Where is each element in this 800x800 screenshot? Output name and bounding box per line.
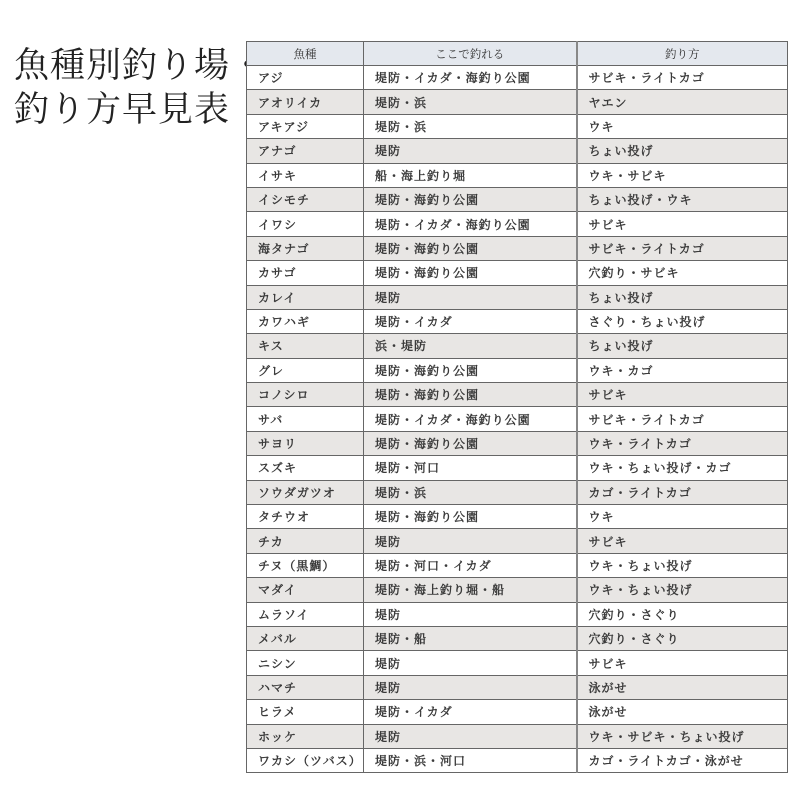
cell-fishing-method: ウキ xyxy=(577,505,788,529)
cell-fish-species: チカ xyxy=(247,529,364,553)
cell-fishing-spot: 堤防・イカダ・海釣り公園 xyxy=(364,66,577,90)
cell-fishing-method: ウキ・カゴ xyxy=(577,358,788,382)
table-row: ホッケ堤防ウキ・サビキ・ちょい投げ xyxy=(247,724,788,748)
cell-fish-species: マダイ xyxy=(247,578,364,602)
cell-fishing-spot: 堤防・河口 xyxy=(364,456,577,480)
cell-fishing-method: カゴ・ライトカゴ xyxy=(577,480,788,504)
cell-fishing-spot: 堤防・海釣り公園 xyxy=(364,187,577,211)
cell-fishing-spot: 堤防・船 xyxy=(364,626,577,650)
table-row: ワカシ（ツバス）堤防・浜・河口カゴ・ライトカゴ・泳がせ xyxy=(247,748,788,772)
fish-guide-table: 魚種 ここで釣れる 釣り方 アジ堤防・イカダ・海釣り公園サビキ・ライトカゴアオリ… xyxy=(246,41,788,773)
table-row: チヌ（黒鯛）堤防・河口・イカダウキ・ちょい投げ xyxy=(247,553,788,577)
cell-fishing-method: ウキ xyxy=(577,114,788,138)
table-row: ムラソイ堤防穴釣り・さぐり xyxy=(247,602,788,626)
cell-fishing-method: ちょい投げ xyxy=(577,285,788,309)
cell-fishing-spot: 堤防・海釣り公園 xyxy=(364,358,577,382)
table-row: アオリイカ堤防・浜ヤエン xyxy=(247,90,788,114)
cell-fishing-method: ウキ・サビキ xyxy=(577,163,788,187)
cell-fish-species: スズキ xyxy=(247,456,364,480)
cell-fishing-spot: 堤防・イカダ・海釣り公園 xyxy=(364,407,577,431)
cell-fish-species: ムラソイ xyxy=(247,602,364,626)
cell-fish-species: ワカシ（ツバス） xyxy=(247,748,364,772)
cell-fishing-spot: 堤防 xyxy=(364,724,577,748)
cell-fishing-method: ちょい投げ・ウキ xyxy=(577,187,788,211)
cell-fish-species: アジ xyxy=(247,66,364,90)
table-row: カレイ堤防ちょい投げ xyxy=(247,285,788,309)
cell-fishing-method: さぐり・ちょい投げ xyxy=(577,309,788,333)
table-row: サバ堤防・イカダ・海釣り公園サビキ・ライトカゴ xyxy=(247,407,788,431)
cell-fish-species: ハマチ xyxy=(247,675,364,699)
cell-fishing-method: ウキ・ライトカゴ xyxy=(577,431,788,455)
cell-fish-species: グレ xyxy=(247,358,364,382)
cell-fishing-spot: 浜・堤防 xyxy=(364,334,577,358)
cell-fishing-method: サビキ・ライトカゴ xyxy=(577,66,788,90)
cell-fish-species: コノシロ xyxy=(247,383,364,407)
cell-fishing-method: 穴釣り・さぐり xyxy=(577,626,788,650)
cell-fishing-spot: 堤防 xyxy=(364,602,577,626)
table-header-row: 魚種 ここで釣れる 釣り方 xyxy=(247,42,788,66)
table-row: キス浜・堤防ちょい投げ xyxy=(247,334,788,358)
cell-fishing-method: 泳がせ xyxy=(577,700,788,724)
table-row: カワハギ堤防・イカダさぐり・ちょい投げ xyxy=(247,309,788,333)
cell-fishing-method: ウキ・ちょい投げ xyxy=(577,553,788,577)
page-title: 魚種別釣り場・ 釣り方早見表 xyxy=(14,44,239,132)
header-fish-species: 魚種 xyxy=(247,42,364,66)
table-row: イサキ船・海上釣り堀ウキ・サビキ xyxy=(247,163,788,187)
cell-fish-species: イサキ xyxy=(247,163,364,187)
cell-fish-species: イシモチ xyxy=(247,187,364,211)
cell-fishing-method: ちょい投げ xyxy=(577,139,788,163)
cell-fishing-spot: 堤防・海釣り公園 xyxy=(364,261,577,285)
table-row: 海タナゴ堤防・海釣り公園サビキ・ライトカゴ xyxy=(247,236,788,260)
cell-fishing-spot: 堤防・海釣り公園 xyxy=(364,431,577,455)
table-row: アキアジ堤防・浜ウキ xyxy=(247,114,788,138)
cell-fishing-spot: 堤防・海釣り公園 xyxy=(364,383,577,407)
table-row: スズキ堤防・河口ウキ・ちょい投げ・カゴ xyxy=(247,456,788,480)
cell-fishing-spot: 堤防 xyxy=(364,675,577,699)
cell-fishing-spot: 堤防 xyxy=(364,139,577,163)
table-row: マダイ堤防・海上釣り堀・船ウキ・ちょい投げ xyxy=(247,578,788,602)
cell-fishing-spot: 堤防・河口・イカダ xyxy=(364,553,577,577)
cell-fish-species: ヒラメ xyxy=(247,700,364,724)
cell-fishing-spot: 堤防・浜 xyxy=(364,114,577,138)
header-fishing-spot: ここで釣れる xyxy=(364,42,577,66)
cell-fish-species: キス xyxy=(247,334,364,358)
cell-fishing-spot: 堤防・イカダ・海釣り公園 xyxy=(364,212,577,236)
cell-fishing-spot: 堤防 xyxy=(364,651,577,675)
cell-fish-species: イワシ xyxy=(247,212,364,236)
table-row: サヨリ堤防・海釣り公園ウキ・ライトカゴ xyxy=(247,431,788,455)
cell-fishing-method: ウキ・ちょい投げ・カゴ xyxy=(577,456,788,480)
table-row: コノシロ堤防・海釣り公園サビキ xyxy=(247,383,788,407)
table-row: タチウオ堤防・海釣り公園ウキ xyxy=(247,505,788,529)
cell-fishing-method: サビキ・ライトカゴ xyxy=(577,407,788,431)
cell-fishing-method: サビキ xyxy=(577,212,788,236)
cell-fish-species: ソウダガツオ xyxy=(247,480,364,504)
cell-fish-species: ニシン xyxy=(247,651,364,675)
cell-fishing-method: 穴釣り・サビキ xyxy=(577,261,788,285)
cell-fish-species: アキアジ xyxy=(247,114,364,138)
table-row: チカ堤防サビキ xyxy=(247,529,788,553)
cell-fishing-method: サビキ xyxy=(577,529,788,553)
cell-fish-species: カレイ xyxy=(247,285,364,309)
cell-fish-species: カワハギ xyxy=(247,309,364,333)
table-row: イワシ堤防・イカダ・海釣り公園サビキ xyxy=(247,212,788,236)
cell-fishing-method: ちょい投げ xyxy=(577,334,788,358)
cell-fish-species: 海タナゴ xyxy=(247,236,364,260)
cell-fishing-spot: 船・海上釣り堀 xyxy=(364,163,577,187)
cell-fish-species: メバル xyxy=(247,626,364,650)
cell-fishing-method: ウキ・サビキ・ちょい投げ xyxy=(577,724,788,748)
cell-fishing-spot: 堤防・浜 xyxy=(364,480,577,504)
table-row: アナゴ堤防ちょい投げ xyxy=(247,139,788,163)
cell-fishing-method: サビキ・ライトカゴ xyxy=(577,236,788,260)
table-row: カサゴ堤防・海釣り公園穴釣り・サビキ xyxy=(247,261,788,285)
cell-fish-species: ホッケ xyxy=(247,724,364,748)
table-row: イシモチ堤防・海釣り公園ちょい投げ・ウキ xyxy=(247,187,788,211)
cell-fish-species: カサゴ xyxy=(247,261,364,285)
cell-fishing-method: サビキ xyxy=(577,651,788,675)
cell-fish-species: アナゴ xyxy=(247,139,364,163)
cell-fishing-spot: 堤防 xyxy=(364,529,577,553)
cell-fishing-method: カゴ・ライトカゴ・泳がせ xyxy=(577,748,788,772)
cell-fishing-method: 泳がせ xyxy=(577,675,788,699)
cell-fishing-method: ウキ・ちょい投げ xyxy=(577,578,788,602)
cell-fishing-spot: 堤防・浜 xyxy=(364,90,577,114)
table-row: グレ堤防・海釣り公園ウキ・カゴ xyxy=(247,358,788,382)
cell-fishing-method: サビキ xyxy=(577,383,788,407)
table-row: ニシン堤防サビキ xyxy=(247,651,788,675)
cell-fishing-spot: 堤防・海釣り公園 xyxy=(364,505,577,529)
cell-fish-species: サヨリ xyxy=(247,431,364,455)
table-row: ヒラメ堤防・イカダ泳がせ xyxy=(247,700,788,724)
cell-fishing-spot: 堤防・浜・河口 xyxy=(364,748,577,772)
cell-fishing-spot: 堤防 xyxy=(364,285,577,309)
cell-fish-species: タチウオ xyxy=(247,505,364,529)
cell-fish-species: チヌ（黒鯛） xyxy=(247,553,364,577)
cell-fishing-method: ヤエン xyxy=(577,90,788,114)
table-row: ソウダガツオ堤防・浜カゴ・ライトカゴ xyxy=(247,480,788,504)
cell-fishing-spot: 堤防・イカダ xyxy=(364,700,577,724)
cell-fishing-spot: 堤防・海上釣り堀・船 xyxy=(364,578,577,602)
cell-fish-species: サバ xyxy=(247,407,364,431)
table-row: メバル堤防・船穴釣り・さぐり xyxy=(247,626,788,650)
cell-fishing-spot: 堤防・イカダ xyxy=(364,309,577,333)
title-line-1: 魚種別釣り場・ xyxy=(14,44,239,88)
table-row: ハマチ堤防泳がせ xyxy=(247,675,788,699)
header-fishing-method: 釣り方 xyxy=(577,42,788,66)
cell-fishing-method: 穴釣り・さぐり xyxy=(577,602,788,626)
table-row: アジ堤防・イカダ・海釣り公園サビキ・ライトカゴ xyxy=(247,66,788,90)
table-body: アジ堤防・イカダ・海釣り公園サビキ・ライトカゴアオリイカ堤防・浜ヤエンアキアジ堤… xyxy=(247,66,788,773)
cell-fish-species: アオリイカ xyxy=(247,90,364,114)
cell-fishing-spot: 堤防・海釣り公園 xyxy=(364,236,577,260)
title-line-2: 釣り方早見表 xyxy=(14,88,239,132)
